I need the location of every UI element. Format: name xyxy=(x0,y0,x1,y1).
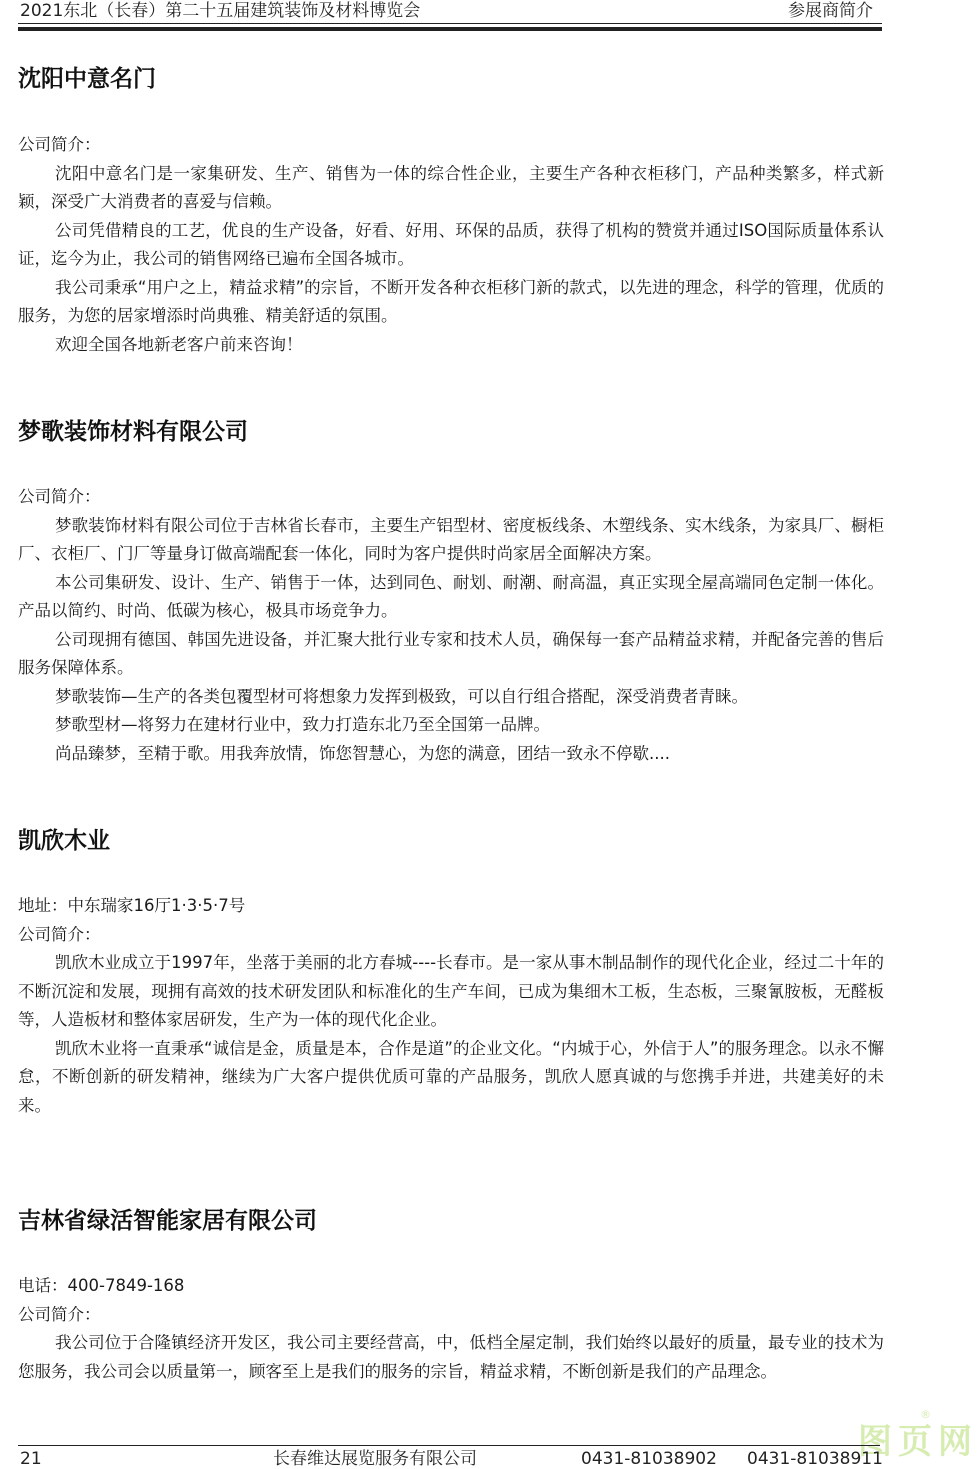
organizer-phone-1: 0431-81038902 xyxy=(581,1449,717,1469)
intro-label: 公司简介： xyxy=(18,1301,884,1330)
intro-paragraph: 公司现拥有德国、韩国先进设备，并汇聚大批行业专家和技术人员，确保每一套产品精益求… xyxy=(18,626,884,683)
section-title: 参展商简介 xyxy=(788,0,873,22)
company-name: 吉林省绿活智能家居有限公司 xyxy=(18,1206,884,1236)
intro-label: 公司简介： xyxy=(18,483,884,512)
registered-mark-icon: ® xyxy=(920,1408,931,1421)
phone-line: 电话：400-7849-168 xyxy=(18,1272,884,1301)
header-divider-thick xyxy=(18,27,882,31)
organizer-phone-2: 0431-81038911 xyxy=(747,1449,883,1469)
intro-label: 公司简介： xyxy=(18,131,884,160)
organizer-name: 长春维达展览服务有限公司 xyxy=(273,1449,477,1469)
intro-paragraph: 梦歌型材—将努力在建材行业中，致力打造东北乃至全国第一品牌。 xyxy=(18,711,884,740)
phone-label: 电话： xyxy=(18,1276,68,1295)
page-number: 21 xyxy=(20,1449,42,1469)
company-section: 沈阳中意名门 公司简介： 沈阳中意名门是一家集研发、生产、销售为一体的综合性企业… xyxy=(18,64,884,359)
company-name: 沈阳中意名门 xyxy=(18,64,884,94)
intro-paragraph: 梦歌装饰材料有限公司位于吉林省长春市，主要生产铝型材、密度板线条、木塑线条、实木… xyxy=(18,512,884,569)
intro-label: 公司简介： xyxy=(18,921,884,950)
phone-value: 400-7849-168 xyxy=(68,1276,185,1295)
company-section: 吉林省绿活智能家居有限公司 电话：400-7849-168 公司简介： 我公司位… xyxy=(18,1206,884,1386)
address-line: 地址：中东瑞家16厅1·3·5·7号 xyxy=(18,892,884,921)
expo-title: 2021东北（长春）第二十五届建筑装饰及材料博览会 xyxy=(20,0,420,22)
footer-divider xyxy=(18,1445,880,1446)
company-section: 梦歌装饰材料有限公司 公司简介： 梦歌装饰材料有限公司位于吉林省长春市，主要生产… xyxy=(18,417,884,768)
intro-paragraph: 沈阳中意名门是一家集研发、生产、销售为一体的综合性企业，主要生产各种衣柜移门，产… xyxy=(18,160,884,217)
intro-paragraph: 我公司秉承“用户之上，精益求精”的宗旨，不断开发各种衣柜移门新的款式，以先进的理… xyxy=(18,274,884,331)
company-name: 凯欣木业 xyxy=(18,826,884,856)
intro-paragraph: 梦歌装饰—生产的各类包覆型材可将想象力发挥到极致，可以自行组合搭配，深受消费者青… xyxy=(18,683,884,712)
company-section: 凯欣木业 地址：中东瑞家16厅1·3·5·7号 公司简介： 凯欣木业成立于199… xyxy=(18,826,884,1120)
intro-paragraph: 尚品臻梦，至精于歌。用我奔放情，饰您智慧心，为您的满意，团结一致永不停歇.... xyxy=(18,740,884,769)
intro-paragraph: 我公司位于合隆镇经济开发区，我公司主要经营高，中，低档全屋定制，我们始终以最好的… xyxy=(18,1329,884,1386)
intro-paragraph: 凯欣木业将一直秉承“诚信是金，质量是本，合作是道”的企业文化。“内城于心，外信于… xyxy=(18,1035,884,1121)
intro-paragraph: 公司凭借精良的工艺，优良的生产设备，好看、好用、环保的品质，获得了机构的赞赏并通… xyxy=(18,217,884,274)
address-value: 中东瑞家16厅1·3·5·7号 xyxy=(68,896,246,915)
intro-paragraph: 本公司集研发、设计、生产、销售于一体，达到同色、耐划、耐潮、耐高温，真正实现全屋… xyxy=(18,569,884,626)
company-name: 梦歌装饰材料有限公司 xyxy=(18,417,884,447)
intro-paragraph: 凯欣木业成立于1997年，坐落于美丽的北方春城----长春市。是一家从事木制品制… xyxy=(18,949,884,1035)
header-divider-thin xyxy=(18,23,882,24)
address-label: 地址： xyxy=(18,896,68,915)
intro-paragraph: 欢迎全国各地新老客户前来咨询！ xyxy=(18,331,884,360)
